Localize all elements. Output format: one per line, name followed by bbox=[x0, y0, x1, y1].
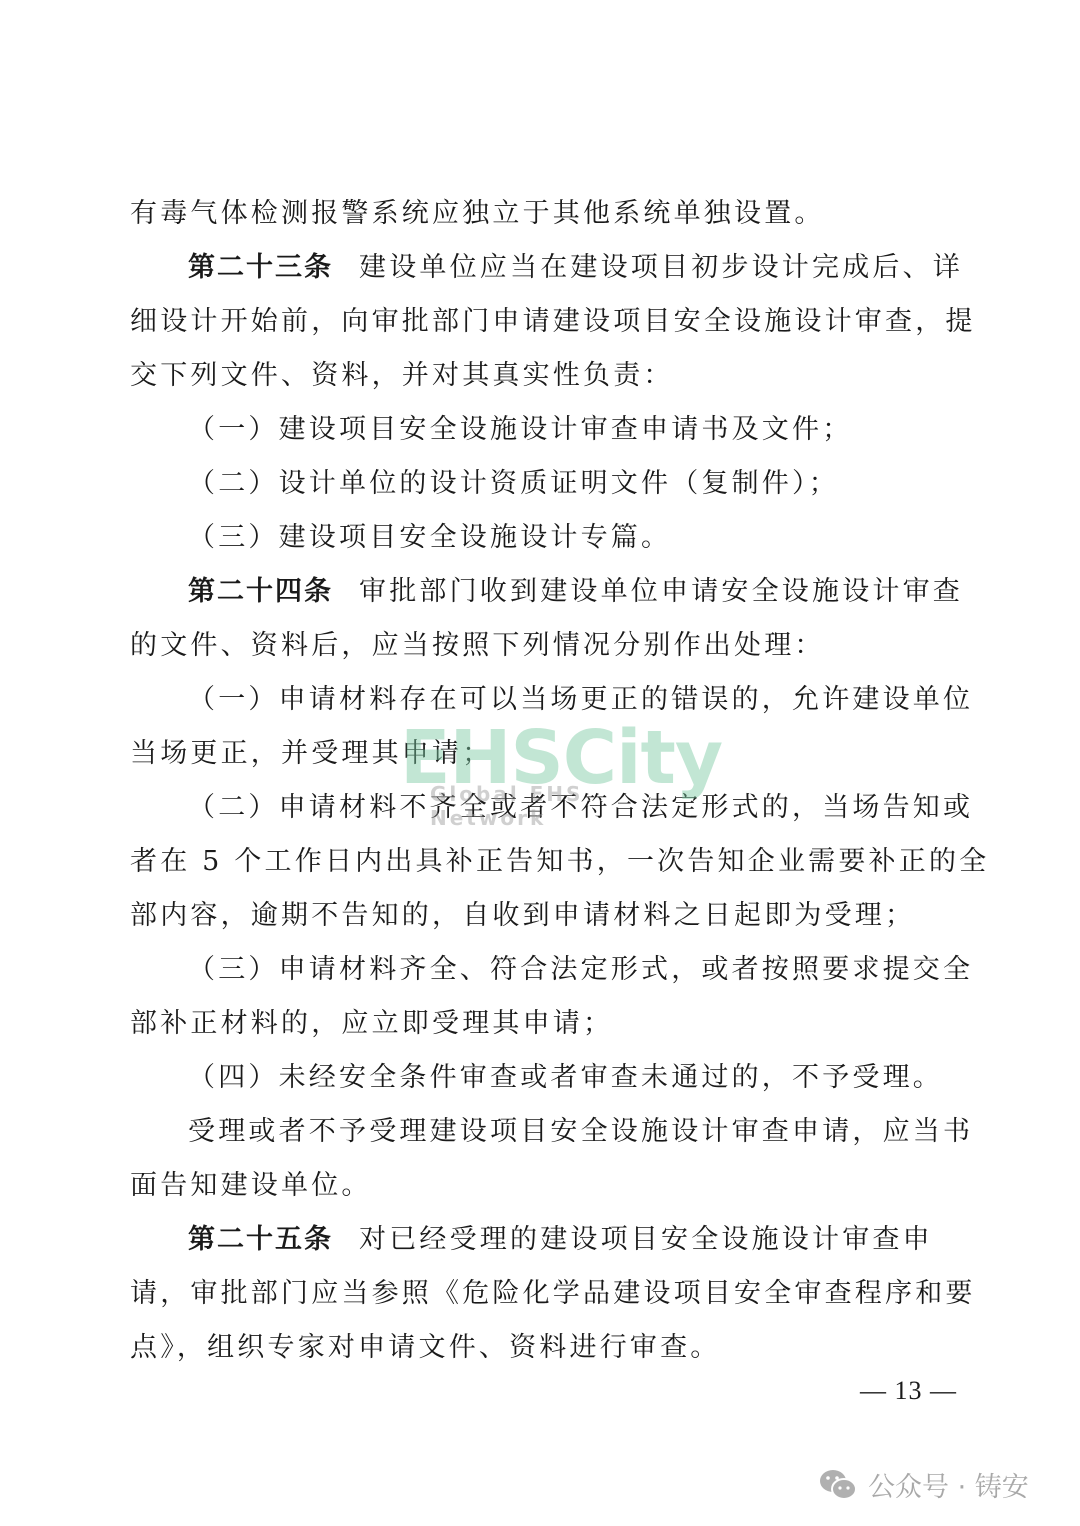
article-text: 对已经受理的建设项目安全设施设计审查申 bbox=[359, 1224, 933, 1255]
footer-brand: 公众号 · 铸安 bbox=[818, 1465, 1029, 1504]
text-line: 细设计开始前，向审批部门申请建设项目安全设施设计审查，提 bbox=[130, 304, 950, 340]
text-line: 受理或者不予受理建设项目安全设施设计审查申请，应当书 bbox=[188, 1114, 1008, 1150]
text-line: 交下列文件、资料，并对其真实性负责： bbox=[130, 358, 950, 394]
list-item: （三）申请材料齐全、符合法定形式，或者按照要求提交全 bbox=[188, 952, 1008, 988]
text-line: 者在 5 个工作日内出具补正告知书，一次告知企业需要补正的全 bbox=[130, 844, 950, 880]
list-item: （一）申请材料存在可以当场更正的错误的，允许建设单位 bbox=[188, 682, 1008, 718]
footer-label: 公众号 · 铸安 bbox=[868, 1465, 1029, 1504]
text-line: 面告知建设单位。 bbox=[130, 1168, 950, 1204]
page-number: — 13 — bbox=[860, 1376, 957, 1406]
text-line: 部内容，逾期不告知的，自收到申请材料之日起即为受理； bbox=[130, 898, 950, 934]
list-item: （三）建设项目安全设施设计专篇。 bbox=[188, 520, 1008, 556]
text-line: 请，审批部门应当参照《危险化学品建设项目安全审查程序和要 bbox=[130, 1276, 950, 1312]
text-line: 部补正材料的，应立即受理其申请； bbox=[130, 1006, 950, 1042]
text-line: 的文件、资料后，应当按照下列情况分别作出处理： bbox=[130, 628, 950, 664]
article-24-line: 第二十四条审批部门收到建设单位申请安全设施设计审查 bbox=[188, 574, 1008, 610]
list-item: （二）设计单位的设计资质证明文件（复制件）； bbox=[188, 466, 1008, 502]
article-23-line: 第二十三条建设单位应当在建设项目初步设计完成后、详 bbox=[188, 250, 1008, 286]
text-line: 点》，组织专家对申请文件、资料进行审查。 bbox=[130, 1330, 950, 1366]
article-heading: 第二十三条 bbox=[188, 252, 333, 283]
document-page: 有毒气体检测报警系统应独立于其他系统单独设置。 第二十三条建设单位应当在建设项目… bbox=[0, 0, 1080, 1526]
article-text: 审批部门收到建设单位申请安全设施设计审查 bbox=[359, 576, 963, 607]
article-25-line: 第二十五条对已经受理的建设项目安全设施设计审查申 bbox=[188, 1222, 1008, 1258]
text-line: 当场更正，并受理其申请； bbox=[130, 736, 950, 772]
article-heading: 第二十四条 bbox=[188, 576, 333, 607]
article-heading: 第二十五条 bbox=[188, 1224, 333, 1255]
list-item: （四）未经安全条件审查或者审查未通过的，不予受理。 bbox=[188, 1060, 1008, 1096]
wechat-icon bbox=[818, 1468, 858, 1502]
list-item: （一）建设项目安全设施设计审查申请书及文件； bbox=[188, 412, 1008, 448]
list-item: （二）申请材料不齐全或者不符合法定形式的，当场告知或 bbox=[188, 790, 1008, 826]
article-text: 建设单位应当在建设项目初步设计完成后、详 bbox=[359, 252, 963, 283]
text-line: 有毒气体检测报警系统应独立于其他系统单独设置。 bbox=[130, 196, 950, 232]
